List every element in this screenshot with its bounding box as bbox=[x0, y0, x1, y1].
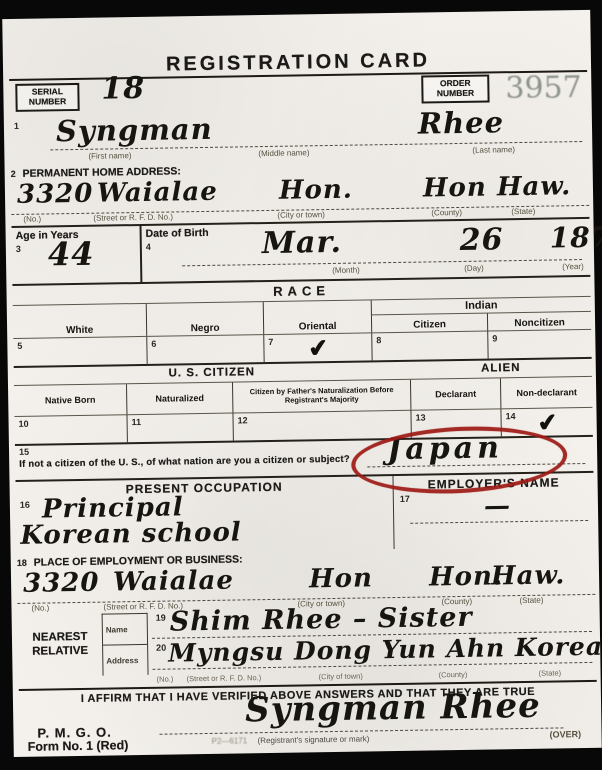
relative-content: 19 Shim Rhee – Sister 20 Myngsu Dong Yun… bbox=[148, 606, 597, 675]
citizen-by-father-number: 12 bbox=[237, 415, 247, 425]
field-number-4: 4 bbox=[146, 242, 151, 252]
street-label: (Street or R. F. D. No.) bbox=[93, 212, 173, 222]
nearest-relative-label: NEAREST RELATIVE bbox=[18, 614, 103, 677]
month-label: (Month) bbox=[332, 266, 360, 275]
race-noncitizen-label: Noncitizen bbox=[487, 312, 591, 331]
rel-city-label: (City of town) bbox=[319, 672, 363, 682]
race-white-label: White bbox=[13, 304, 146, 338]
home-address-city: Hon. bbox=[279, 175, 353, 206]
nearest-relative-row: NEAREST RELATIVE Name Address 19 Shim Rh… bbox=[18, 606, 597, 677]
dob-year-value: 1875 bbox=[549, 220, 602, 254]
race-oriental-checkmark-icon: ✔ bbox=[306, 333, 329, 364]
declarant-number: 13 bbox=[415, 413, 425, 423]
race-citizen-number: 8 bbox=[376, 335, 381, 345]
age-dob-row: Age in Years 3 44 Date of Birth 4 Mar. 2… bbox=[11, 217, 590, 286]
employment-city: Hon bbox=[309, 563, 373, 594]
alien-header: ALIEN bbox=[410, 359, 592, 379]
race-table: White Negro Oriental Indian Citizen Nonc… bbox=[13, 296, 592, 368]
home-address-state: Haw. bbox=[497, 171, 572, 202]
race-citizen-label: Citizen bbox=[371, 314, 487, 333]
field-number-1: 1 bbox=[14, 121, 19, 131]
declarant-label: Declarant bbox=[410, 378, 500, 409]
field-number-3: 3 bbox=[16, 244, 21, 254]
citizen-by-father-cell: 12 bbox=[232, 410, 410, 441]
dob-month-value: Mar. bbox=[262, 225, 343, 261]
age-cell: Age in Years 3 44 bbox=[12, 226, 143, 284]
last-name-value: Rhee bbox=[418, 105, 505, 140]
first-name-label: (First name) bbox=[88, 151, 131, 161]
form-code: P2—6171 bbox=[212, 736, 248, 746]
native-born-cell: 10 bbox=[14, 414, 126, 444]
rel-state-label: (State) bbox=[539, 668, 562, 677]
relative-sublabel-box: Name Address bbox=[102, 613, 149, 676]
serial-number-box: SERIAL NUMBER bbox=[15, 83, 79, 112]
native-born-number: 10 bbox=[19, 419, 29, 429]
occupation-value-line2: Korean school bbox=[20, 517, 242, 550]
race-noncitizen-cell: 9 bbox=[487, 329, 591, 359]
occupation-row: 16 Principal Korean school 17 — bbox=[16, 490, 595, 555]
employment-street: Waialae bbox=[113, 566, 234, 598]
last-name-label: (Last name) bbox=[472, 145, 515, 155]
state-label: (State) bbox=[511, 207, 535, 216]
non-declarant-label: Non-declarant bbox=[500, 377, 592, 408]
home-address-no: 3320 bbox=[17, 179, 94, 210]
race-white-number: 5 bbox=[17, 341, 22, 351]
nation-row: 15 If not a citizen of the U. S., of wha… bbox=[15, 437, 593, 482]
occupation-cell: 16 Principal Korean school bbox=[16, 493, 395, 555]
first-name-value: Syngman bbox=[56, 112, 213, 148]
native-born-label: Native Born bbox=[14, 384, 126, 416]
field-number-2: 2 bbox=[11, 169, 16, 179]
race-citizen-cell: 8 bbox=[371, 331, 487, 361]
field-number-18: 18 bbox=[17, 558, 27, 568]
home-address-county: Hon bbox=[423, 173, 487, 204]
race-negro-number: 6 bbox=[151, 339, 156, 349]
race-oriental-label: Oriental bbox=[263, 300, 371, 334]
dob-day-value: 26 bbox=[460, 222, 504, 258]
naturalized-label: Naturalized bbox=[126, 383, 232, 415]
signature-label: (Registrant's signature or mark) bbox=[258, 734, 370, 745]
rel-no-label: (No.) bbox=[157, 675, 174, 684]
race-oriental-number: 7 bbox=[268, 337, 273, 347]
race-oriental-cell: 7 ✔ bbox=[263, 332, 371, 362]
order-number-box: ORDER NUMBER bbox=[421, 74, 489, 103]
race-negro-cell: 6 bbox=[146, 334, 263, 364]
employment-state: Haw. bbox=[491, 560, 566, 591]
day-label: (Day) bbox=[464, 264, 484, 273]
field-number-19: 19 bbox=[156, 613, 166, 623]
registrant-signature: Syngman Rhee bbox=[245, 686, 541, 731]
no-label: (No.) bbox=[23, 215, 41, 224]
naturalized-number: 11 bbox=[132, 417, 142, 427]
citizen-by-father-label: Citizen by Father's Naturalization Befor… bbox=[232, 380, 410, 413]
dob-baseline bbox=[182, 259, 582, 266]
field-number-17: 17 bbox=[400, 494, 410, 504]
rel-county-label: (County) bbox=[439, 670, 468, 679]
middle-name-label: (Middle name) bbox=[258, 148, 309, 158]
city-label: (City or town) bbox=[277, 210, 325, 220]
non-declarant-number: 14 bbox=[505, 411, 515, 421]
home-address-street: Waialae bbox=[97, 177, 218, 209]
county-label: (County) bbox=[431, 208, 462, 217]
race-white-cell: 5 bbox=[13, 336, 146, 366]
naturalized-cell: 11 bbox=[126, 413, 232, 443]
relative-address-label: Address bbox=[103, 645, 147, 676]
dob-cell: Date of Birth 4 Mar. 26 1875 (Month) (Da… bbox=[142, 219, 591, 282]
over-label: (OVER) bbox=[549, 729, 581, 739]
field-number-15: 15 bbox=[19, 447, 29, 457]
emp-no-label: (No.) bbox=[31, 603, 49, 612]
employment-no: 3320 bbox=[23, 568, 100, 599]
relative-name-label: Name bbox=[103, 614, 147, 646]
race-noncitizen-number: 9 bbox=[492, 333, 497, 343]
nation-question: If not a citizen of the U. S., of what n… bbox=[19, 454, 350, 470]
signature-footer: Syngman Rhee (Registrant's signature or … bbox=[19, 701, 598, 770]
field-number-16: 16 bbox=[20, 500, 30, 510]
employer-value: — bbox=[484, 491, 511, 521]
year-label: (Year) bbox=[562, 262, 584, 271]
employer-baseline bbox=[410, 520, 588, 524]
emp-state-label: (State) bbox=[519, 596, 543, 605]
serial-number-value: 18 bbox=[101, 71, 145, 107]
age-value: 44 bbox=[48, 235, 95, 274]
scan-background: REGISTRATION CARD SERIAL NUMBER 18 ORDER… bbox=[0, 0, 602, 770]
form-number-label: Form No. 1 (Red) bbox=[28, 738, 129, 754]
order-number-value: 3957 bbox=[505, 70, 582, 106]
relative-name-value: Shim Rhee – Sister bbox=[169, 602, 472, 638]
employer-cell: 17 — bbox=[394, 490, 595, 549]
registration-card: REGISTRATION CARD SERIAL NUMBER 18 ORDER… bbox=[2, 10, 602, 757]
race-negro-label: Negro bbox=[146, 302, 263, 336]
rel-street-label: (Street or R. F. D. No.) bbox=[187, 673, 262, 683]
field-number-20: 20 bbox=[156, 643, 166, 653]
